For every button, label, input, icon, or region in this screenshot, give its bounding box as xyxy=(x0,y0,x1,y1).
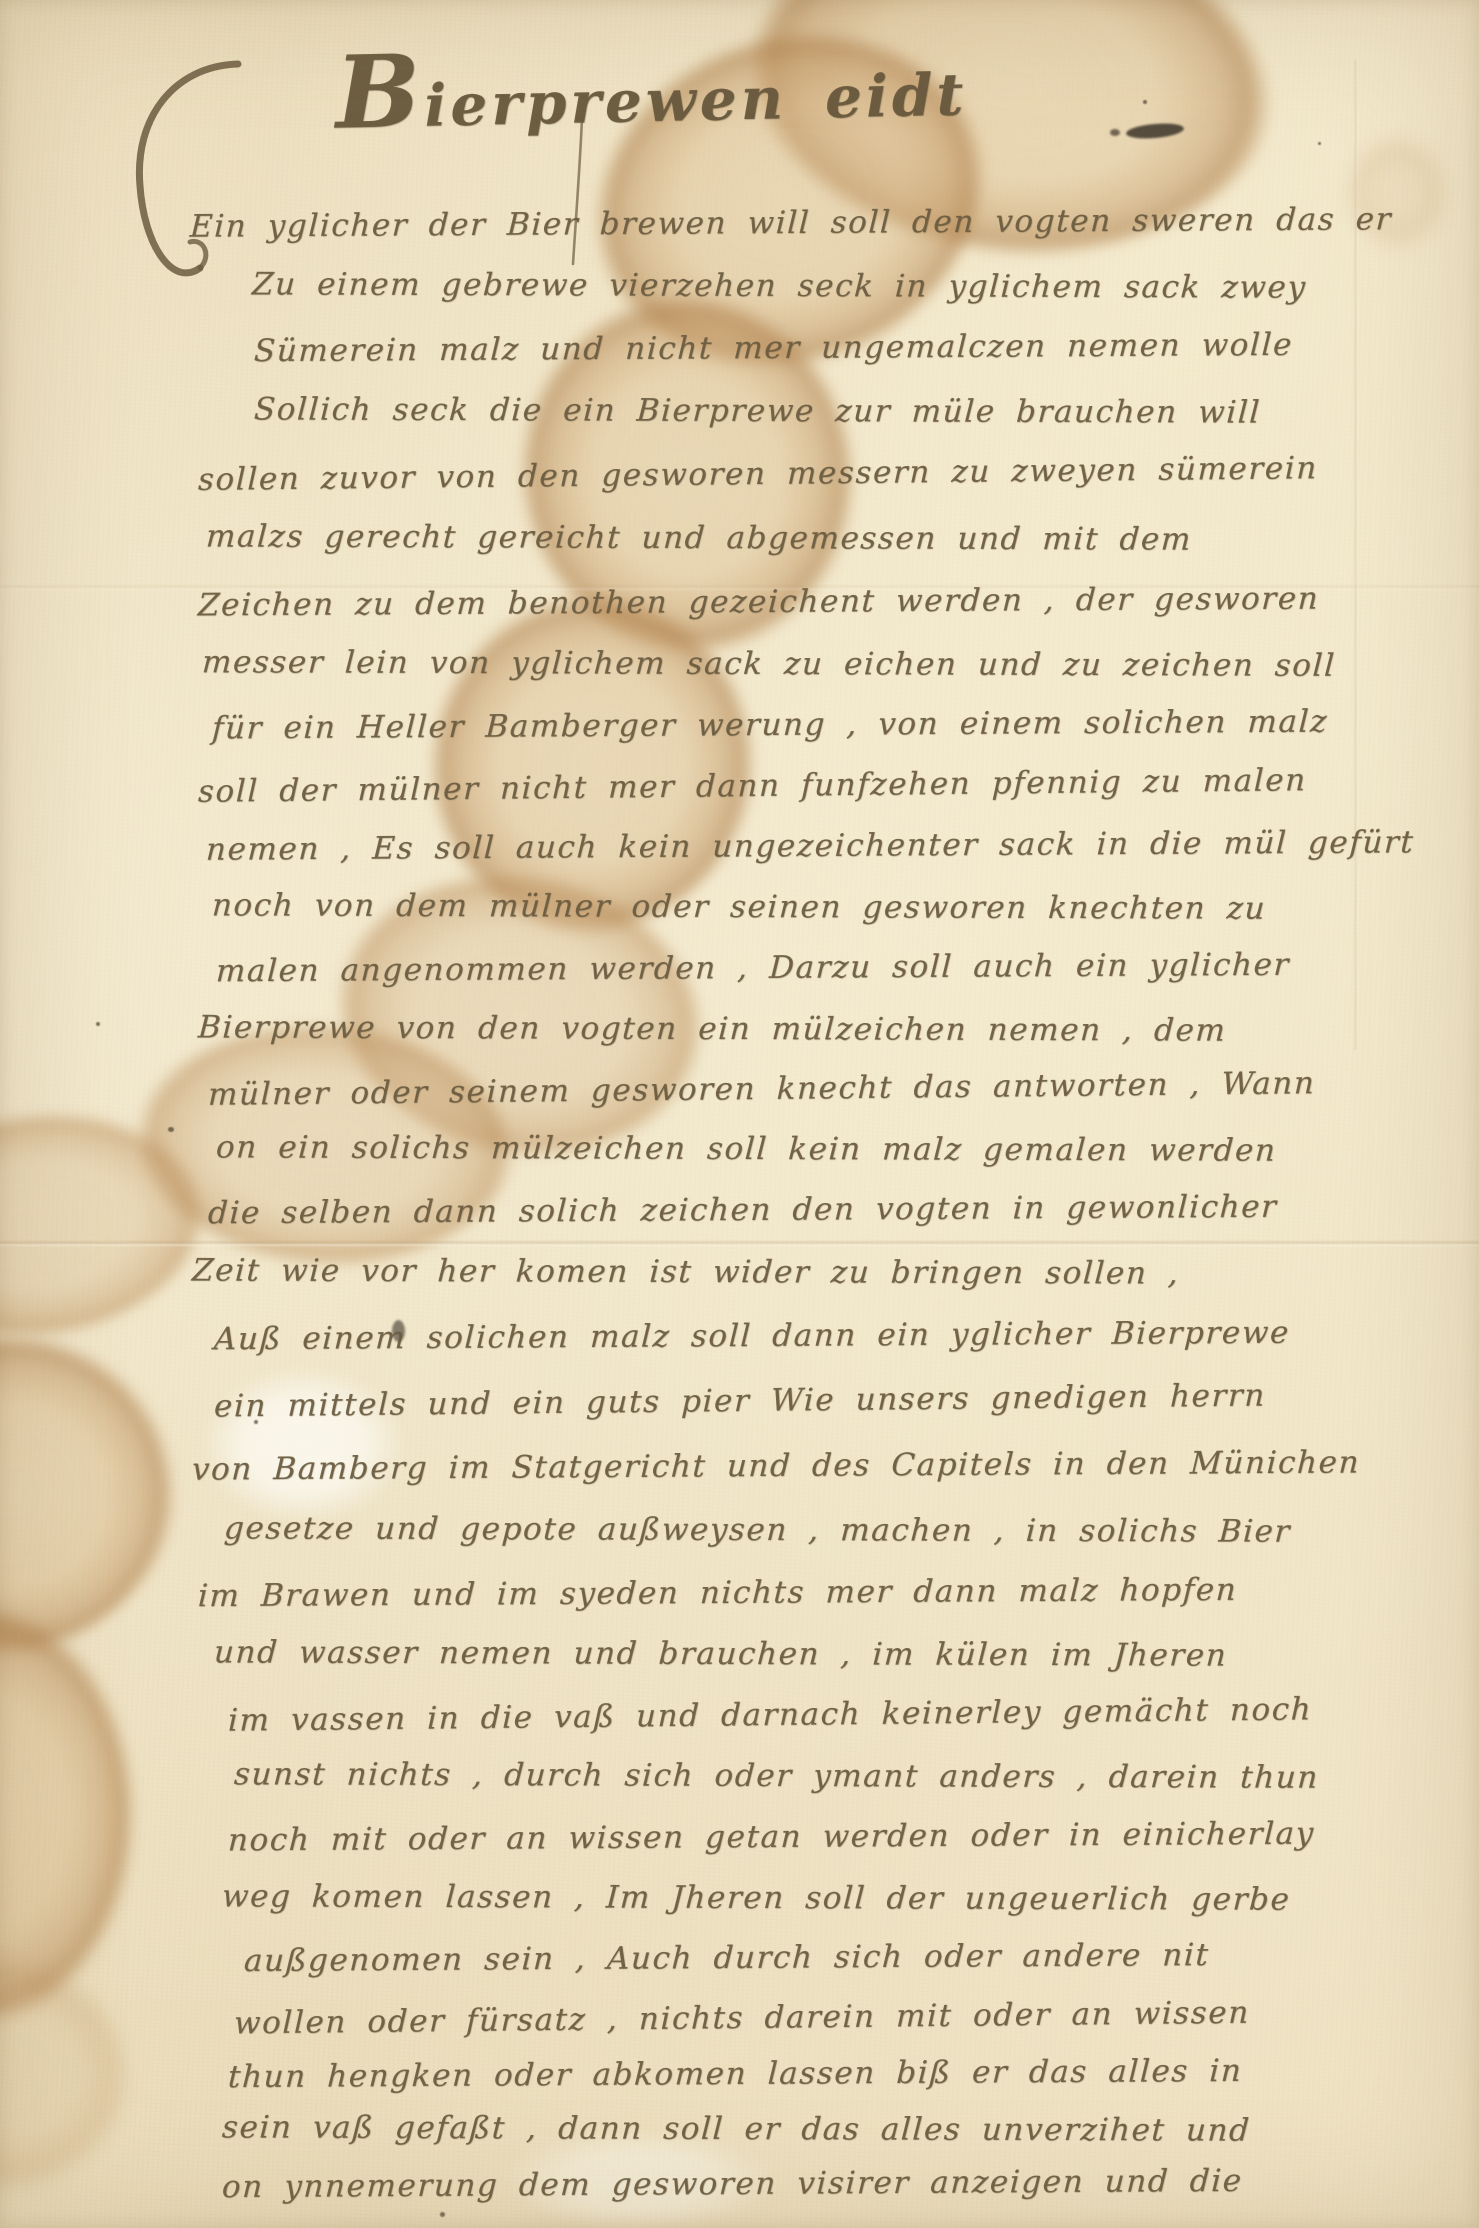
manuscript-line: im vassen in die vaß und darnach keinerl… xyxy=(228,1691,1313,1738)
manuscript-line: malen angenommen werden , Darzu soll auc… xyxy=(215,947,1291,990)
manuscript-line: gesetze und gepote außweysen , machen , … xyxy=(223,1510,1292,1549)
manuscript-page: Bierprewen eidt Ein yglicher der Bier br… xyxy=(0,0,1479,2228)
manuscript-line: sollen zuvor von den gesworen messern zu… xyxy=(198,450,1319,498)
manuscript-line: Zeit wie vor her komen ist wider zu brin… xyxy=(191,1252,1180,1291)
manuscript-line: noch von dem mülner oder seinen gesworen… xyxy=(211,887,1267,926)
manuscript-line: malzs gerecht gereicht und abgemessen un… xyxy=(205,518,1193,557)
manuscript-line: ein mittels und ein guts pier Wie unsers… xyxy=(214,1377,1267,1424)
manuscript-line: mülner oder seinem gesworen knecht das a… xyxy=(208,1065,1316,1113)
manuscript-line: nemen , Es soll auch kein ungezeichenter… xyxy=(205,824,1415,867)
manuscript-line: on ynnemerung dem gesworen visirer anzei… xyxy=(221,2163,1243,2205)
manuscript-line: Sollich seck die ein Bierprewe zur müle … xyxy=(253,391,1262,430)
manuscript-line: Bierprewe von den vogten ein mülzeichen … xyxy=(197,1009,1227,1048)
manuscript-line: Auß einem solichen malz soll dann ein yg… xyxy=(213,1315,1291,1358)
manuscript-line: on ein solichs mülzeichen soll kein malz… xyxy=(215,1129,1278,1168)
manuscript-line: außgenomen sein , Auch durch sich oder a… xyxy=(243,1937,1210,1979)
manuscript-line: von Bamberg im Statgericht und des Capit… xyxy=(191,1444,1361,1487)
manuscript-line: weg komen lassen , Im Jheren soll der un… xyxy=(221,1878,1291,1917)
manuscript-body: Ein yglicher der Bier brewen will soll d… xyxy=(0,0,1479,2228)
manuscript-line: und wasser nemen und brauchen , im külen… xyxy=(213,1634,1228,1673)
manuscript-line: die selben dann solich zeichen den vogte… xyxy=(207,1189,1278,1232)
manuscript-line: Zu einem gebrewe vierzehen seck in yglic… xyxy=(251,266,1308,305)
manuscript-line: Zeichen zu dem benothen gezeichent werde… xyxy=(197,581,1320,624)
manuscript-line: wollen oder fürsatz , nichts darein mit … xyxy=(234,1995,1251,2042)
manuscript-line: Sümerein malz und nicht mer ungemalczen … xyxy=(253,327,1294,369)
manuscript-line: messer lein von yglichem sack zu eichen … xyxy=(201,644,1337,684)
manuscript-line: noch mit oder an wissen getan werden ode… xyxy=(227,1816,1315,1859)
manuscript-line: thun hengken oder abkomen lassen biß er … xyxy=(227,2053,1243,2095)
manuscript-line: für ein Heller Bamberger werung , von ei… xyxy=(211,704,1329,747)
manuscript-line: sein vaß gefaßt , dann soll er das alles… xyxy=(221,2109,1252,2148)
manuscript-line: soll der mülner nicht mer dann funfzehen… xyxy=(198,762,1308,810)
manuscript-line: im Brawen und im syeden nichts mer dann … xyxy=(197,1572,1238,1614)
manuscript-line: Ein yglicher der Bier brewen will soll d… xyxy=(189,201,1393,244)
manuscript-line: sunst nichts , durch sich oder ymant and… xyxy=(233,1756,1320,1795)
